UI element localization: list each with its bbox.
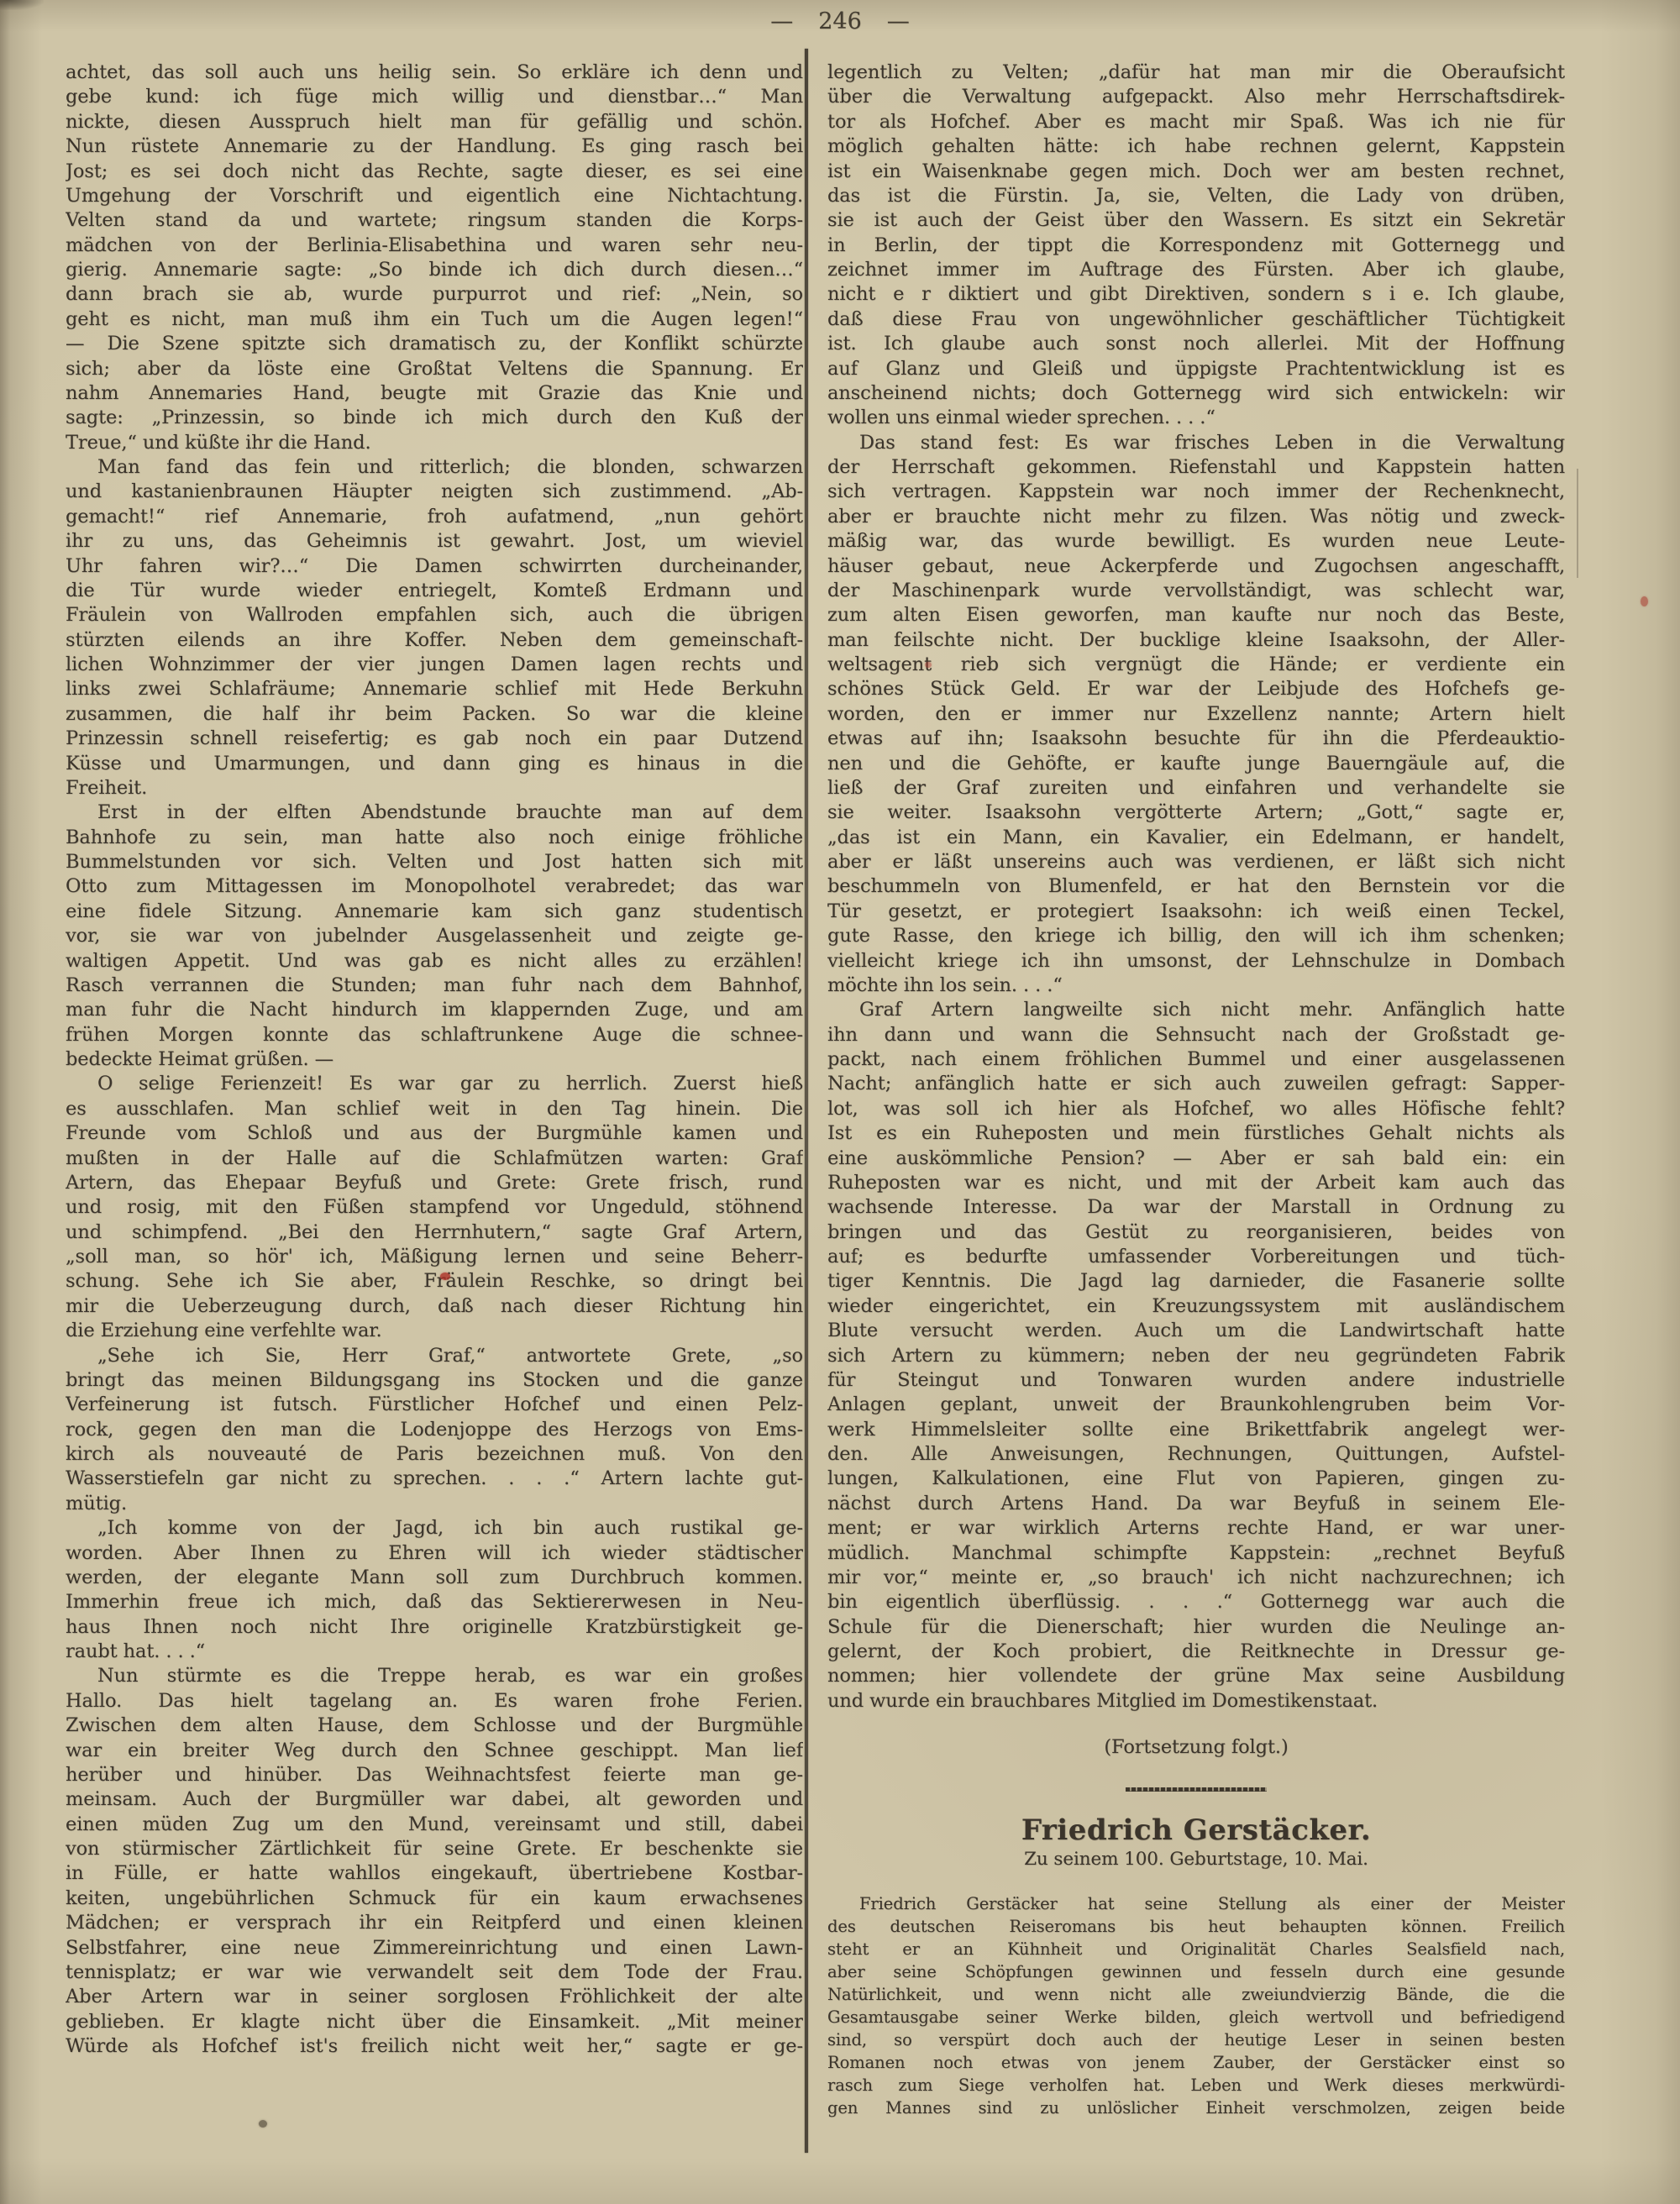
text-line: geht es nicht, man muß ihm ein Tuch um d… <box>66 307 803 332</box>
text-line: links zwei Schlafräume; Annemarie schlie… <box>66 677 803 701</box>
text-line: tennisplatz; er war wie verwandelt seit … <box>66 1960 803 1985</box>
text-line: zum alten Eisen geworfen, man kaufte nur… <box>827 603 1565 627</box>
text-line: Otto zum Mittagessen im Monopolhotel ver… <box>66 874 803 899</box>
text-line: gemacht!“ rief Annemarie, froh aufatmend… <box>66 505 803 529</box>
header-dash-right: — <box>887 8 910 34</box>
text-line: war ein breiter Weg durch den Schnee ges… <box>66 1739 803 1763</box>
text-line: Erst in der elften Abendstunde brauchte … <box>66 800 803 825</box>
text-line: meinsam. Auch der Burgmüller war dabei, … <box>66 1787 803 1812</box>
text-line: Verfeinerung ist futsch. Fürstlicher Hof… <box>66 1393 803 1417</box>
text-line: Bummelstunden vor sich. Velten und Jost … <box>66 850 803 874</box>
text-line: Nun rüstete Annemarie zu der Handlung. E… <box>66 134 803 159</box>
text-line: ihr zu uns, das Geheimnis ist gewahrt. J… <box>66 529 803 554</box>
continuation-note: (Fortsetzung folgt.) <box>827 1735 1565 1760</box>
text-line: bringt das meinen Bildungsgang ins Stock… <box>66 1368 803 1393</box>
text-line: achtet, das soll auch uns heilig sein. S… <box>66 60 803 85</box>
text-line: schung. Sehe ich Sie aber, Fräulein Resc… <box>66 1269 803 1294</box>
text-line: Artern, das Ehepaar Beyfuß und Grete: Gr… <box>66 1171 803 1195</box>
text-line: kirch als nouveauté de Paris bezeichnen … <box>66 1442 803 1467</box>
text-line: Umgehung der Vorschrift und eigentlich e… <box>66 184 803 208</box>
text-line: beschummeln von Blumenfeld, er hat den B… <box>827 874 1565 899</box>
text-line: rasch zum Siege verholfen hat. Leben und… <box>827 2074 1565 2096</box>
text-line: Natürlichkeit, und wenn nicht alle zweiu… <box>827 1983 1565 2006</box>
text-line: eine fidele Sitzung. Annemarie kam sich … <box>66 900 803 924</box>
text-line: geblieben. Er klagte nicht über die Eins… <box>66 2010 803 2034</box>
text-line: möchte ihn los sein. . . .“ <box>827 973 1565 998</box>
text-line: wachsende Interesse. Da war der Marstall… <box>827 1195 1565 1220</box>
text-line: der Maschinenpark wurde vervollständigt,… <box>827 579 1565 603</box>
text-line: bedeckte Heimat grüßen. — <box>66 1047 803 1072</box>
print-bleed-mark <box>1577 469 1578 578</box>
text-line: die Erziehung eine verfehlte war. <box>66 1319 803 1343</box>
text-line: und wurde ein brauchbares Mitglied im Do… <box>827 1689 1565 1713</box>
text-line: gen Mannes sind zu unlöslicher Einheit v… <box>827 2096 1565 2119</box>
text-line: sich; aber da löste eine Großtat Veltens… <box>66 357 803 381</box>
text-line: sich vertragen. Kappstein war noch immer… <box>827 480 1565 504</box>
text-line: Gesamtausgabe seiner Werke bilden, gleic… <box>827 2006 1565 2028</box>
text-line: wieder eingerichtet, ein Kreuzungssystem… <box>827 1294 1565 1319</box>
text-line: werk Himmelsleiter sollte eine Brikettfa… <box>827 1418 1565 1442</box>
text-line: ist. Ich glaube auch sonst noch allerlei… <box>827 332 1565 356</box>
text-line: Fräulein von Wallroden empfahlen sich, a… <box>66 603 803 627</box>
text-line: lichen Wohnzimmer der vier jungen Damen … <box>66 653 803 677</box>
text-line: „soll man, so hör' ich, Mäßigung lernen … <box>66 1245 803 1269</box>
text-line: sind, so verspürt doch auch der heutige … <box>827 2028 1565 2051</box>
scanned-page: — 246 — achtet, das soll auch uns heilig… <box>0 0 1680 2204</box>
text-line: Zwischen dem alten Hause, dem Schlosse u… <box>66 1713 803 1738</box>
section-divider-ornament <box>1126 1787 1267 1792</box>
text-line: möglich gehalten hätte: ich habe rechnen… <box>827 134 1565 159</box>
text-line: den. Alle Anweisungen, Rechnungen, Quitt… <box>827 1442 1565 1467</box>
text-line: dann brach sie ab, wurde purpurrot und r… <box>66 282 803 307</box>
article-subtitle: Zu seinem 100. Geburtstage, 10. Mai. <box>827 1849 1565 1871</box>
text-line: anscheinend nichts; doch Gotternegg wird… <box>827 381 1565 406</box>
text-line: weltsagent rieb sich vergnügt die Hände;… <box>827 653 1565 677</box>
text-line: Jost; es sei doch nicht das Rechte, sagt… <box>66 160 803 184</box>
text-line: daß diese Frau von ungewöhnlicher geschä… <box>827 307 1565 332</box>
red-ink-stain <box>1641 596 1648 606</box>
text-line: und schimpfend. „Bei den Herrnhutern,“ s… <box>66 1220 803 1245</box>
text-line: Man fand das fein und ritterlich; die bl… <box>66 455 803 480</box>
text-line: zusammen, die half ihr beim Packen. So w… <box>66 702 803 727</box>
text-line: der Herrschaft gekommen. Riefenstahl und… <box>827 455 1565 480</box>
text-line: und rosig, mit den Füßen stampfend vor U… <box>66 1195 803 1220</box>
text-line: ist ein Waisenknabe gegen mich. Doch wer… <box>827 160 1565 184</box>
text-line: bringen und das Gestüt zu reorganisieren… <box>827 1220 1565 1245</box>
text-line: Friedrich Gerstäcker hat seine Stellung … <box>827 1892 1565 1915</box>
page-number: 246 <box>818 8 862 34</box>
text-line: legentlich zu Velten; „dafür hat man mir… <box>827 60 1565 85</box>
text-line: Blute versucht werden. Auch um die Landw… <box>827 1319 1565 1343</box>
text-line: wollen uns einmal wieder sprechen. . . .… <box>827 406 1565 430</box>
text-line: sie weiter. Isaaksohn vergötterte Artern… <box>827 800 1565 825</box>
text-line: O selige Ferienzeit! Es war gar zu herrl… <box>66 1072 803 1096</box>
text-line: mäßig war, das wurde bewilligt. Es wurde… <box>827 529 1565 554</box>
text-line: gierig. Annemarie sagte: „So binde ich d… <box>66 258 803 282</box>
text-line: „das ist ein Mann, ein Kavalier, ein Ede… <box>827 826 1565 850</box>
text-line: packt, nach einem fröhlichen Bummel und … <box>827 1047 1565 1072</box>
right-text-column: legentlich zu Velten; „dafür hat man mir… <box>827 60 1565 2119</box>
text-line: häuser gebaut, neue Ackerpferde und Zugo… <box>827 554 1565 579</box>
text-line: nahm Annemaries Hand, beugte mit Grazie … <box>66 381 803 406</box>
text-line: aber er läßt unsereins auch was verdiene… <box>827 850 1565 874</box>
text-line: gebe kund: ich füge mich willig und dien… <box>66 85 803 109</box>
text-line: mädchen von der Berlinia-Elisabethina un… <box>66 234 803 258</box>
text-line: mir vor,“ meinte er, „so brauch' ich nic… <box>827 1566 1565 1590</box>
text-line: aber er brauchte nicht mehr zu filzen. W… <box>827 505 1565 529</box>
text-line: Velten stand da und wartete; ringsum sta… <box>66 208 803 233</box>
text-line: lungen, Kalkulationen, eine Flut von Pap… <box>827 1467 1565 1491</box>
text-line: vielleicht kriege ich ihn umsonst, der L… <box>827 949 1565 973</box>
text-line: über die Verwaltung aufgepackt. Also meh… <box>827 85 1565 109</box>
text-line: waltigen Appetit. Und was gab es nicht a… <box>66 949 803 973</box>
text-line: Nacht; anfänglich hatte er sich auch zuw… <box>827 1072 1565 1096</box>
dark-paper-stain <box>259 2120 267 2128</box>
text-line: gelernt, der Koch probiert, die Reitknec… <box>827 1640 1565 1664</box>
text-line: steht er an Kühnheit und Originalität Ch… <box>827 1938 1565 1960</box>
text-line: ihn dann und wann die Sehnsucht nach der… <box>827 1023 1565 1047</box>
text-line: „Sehe ich Sie, Herr Graf,“ antwortete Gr… <box>66 1344 803 1368</box>
text-line: Küsse und Umarmungen, und dann ging es h… <box>66 752 803 776</box>
column-separator-rule <box>805 49 808 2153</box>
text-line: worden. Aber Ihnen zu Ehren will ich wie… <box>66 1541 803 1566</box>
text-line: nen und die Gehöfte, er kaufte junge Bau… <box>827 752 1565 776</box>
text-line: stürzten eilends an ihre Koffer. Neben d… <box>66 628 803 653</box>
text-line: Bahnhofe zu sein, man hatte also noch ei… <box>66 826 803 850</box>
text-line: Ruheposten war es nicht, und mit der Arb… <box>827 1171 1565 1195</box>
text-line: mütig. <box>66 1492 803 1516</box>
text-line: in Fülle, er hatte wahllos eingekauft, ü… <box>66 1861 803 1886</box>
text-line: für Steingut und Tonwaren wurden andere … <box>827 1368 1565 1393</box>
text-line: ment; er war wirklich Arterns rechte Han… <box>827 1516 1565 1540</box>
text-line: Romanen noch etwas von jenem Zauber, der… <box>827 2051 1565 2074</box>
text-line: lot, was soll ich hier als Hofchef, wo a… <box>827 1097 1565 1121</box>
text-line: sich Artern zu kümmern; neben der neu ge… <box>827 1344 1565 1368</box>
text-line: und kastanienbraunen Häupter neigten sic… <box>66 480 803 504</box>
text-line: Ist es ein Ruheposten und mein fürstlich… <box>827 1121 1565 1146</box>
text-line: frühen Morgen konnte das schlaftrunkene … <box>66 1023 803 1047</box>
text-line: Rasch verrannen die Stunden; man fuhr na… <box>66 973 803 998</box>
red-ink-stain <box>440 1273 450 1280</box>
text-line: Treue,“ und küßte ihr die Hand. <box>66 431 803 455</box>
text-line: Graf Artern langweilte sich nicht mehr. … <box>827 998 1565 1022</box>
text-line: mußten in der Halle auf die Schlafmützen… <box>66 1147 803 1171</box>
text-line: auf Glanz und Gleiß und üppigste Prachte… <box>827 357 1565 381</box>
text-line: sagte: „Prinzessin, so binde ich mich du… <box>66 406 803 430</box>
text-line: rock, gegen den man die Lodenjoppe des H… <box>66 1418 803 1442</box>
article-body-text: Friedrich Gerstäcker hat seine Stellung … <box>827 1892 1565 2120</box>
text-line: Uhr fahren wir?…“ Die Damen schwirrten d… <box>66 554 803 579</box>
text-line: worden, den er immer nur Exzellenz nannt… <box>827 702 1565 727</box>
text-line: eine auskömmliche Pension? — Aber er sah… <box>827 1147 1565 1171</box>
text-line: ließ der Graf zureiten und einfahren und… <box>827 776 1565 800</box>
text-line: in Berlin, der tippt die Korrespondenz m… <box>827 234 1565 258</box>
text-line: Schule für die Dienerschaft; hier wurden… <box>827 1615 1565 1640</box>
text-line: Das stand fest: Es war frisches Leben in… <box>827 431 1565 455</box>
text-line: Immerhin freue ich mich, daß das Sektier… <box>66 1590 803 1614</box>
text-line: es ausschlafen. Man schlief weit in den … <box>66 1097 803 1121</box>
text-line: vor, sie war von jubelnder Ausgelassenhe… <box>66 924 803 948</box>
text-line: sie ist auch der Geist über den Wassern.… <box>827 208 1565 233</box>
text-line: bin eigentlich überflüssig. . . .“ Gotte… <box>827 1590 1565 1614</box>
text-line: herüber und hinüber. Das Weihnachtsfest … <box>66 1763 803 1787</box>
text-line: Nun stürmte es die Treppe herab, es war … <box>66 1664 803 1688</box>
text-line: tor als Hofchef. Aber es macht mir Spaß.… <box>827 110 1565 134</box>
text-line: Würde als Hofchef ist's freilich nicht w… <box>66 2034 803 2059</box>
text-line: Prinzessin schnell reisefertig; es gab n… <box>66 727 803 751</box>
text-line: Freunde vom Schloß und aus der Burgmühle… <box>66 1121 803 1146</box>
text-line: nicht e r diktiert und gibt Direktiven, … <box>827 282 1565 307</box>
text-line: Tür gesetzt, er protegiert Isaaksohn: ic… <box>827 900 1565 924</box>
text-line: aber seine Schöpfungen gewinnen und fess… <box>827 1960 1565 1983</box>
text-line: des deutschen Reiseromans bis heut behau… <box>827 1915 1565 1938</box>
text-line: Wasserstiefeln gar nicht zu sprechen. . … <box>66 1467 803 1491</box>
text-line: man fuhr die Nacht hindurch im klappernd… <box>66 998 803 1022</box>
text-line: raubt hat. . . .“ <box>66 1640 803 1664</box>
text-line: müdlich. Manchmal schimpfte Kappstein: „… <box>827 1541 1565 1566</box>
text-line: die Tür wurde wieder entriegelt, Komteß … <box>66 579 803 603</box>
text-line: nächst durch Artens Hand. Da war Beyfuß … <box>827 1492 1565 1516</box>
text-line: werden, der elegante Mann soll zum Durch… <box>66 1566 803 1590</box>
text-line: Selbstfahrer, eine neue Zimmereinrichtun… <box>66 1936 803 1960</box>
text-line: zeichnet immer im Auftrage des Fürsten. … <box>827 258 1565 282</box>
text-line: das ist die Fürstin. Ja, sie, Velten, di… <box>827 184 1565 208</box>
text-line: nommen; hier vollendete der grüne Max se… <box>827 1664 1565 1688</box>
text-line: etwas auf ihn; Isaaksohn besuchte für ih… <box>827 727 1565 751</box>
text-line: „Ich komme von der Jagd, ich bin auch ru… <box>66 1516 803 1540</box>
text-line: Freiheit. <box>66 776 803 800</box>
text-line: auf; es bedurfte umfassender Vorbereitun… <box>827 1245 1565 1269</box>
text-line: keiten, ungebührlichen Schmuck für ein k… <box>66 1887 803 1911</box>
text-line: tiger Kenntnis. Die Jagd lag darnieder, … <box>827 1269 1565 1294</box>
article-title: Friedrich Gerstäcker. <box>827 1813 1565 1847</box>
text-line: Mädchen; er versprach ihr ein Reitpferd … <box>66 1911 803 1935</box>
text-line: einen müden Zug um den Mund, vereinsamt … <box>66 1813 803 1837</box>
text-line: von stürmischer Zärtlichkeit für seine G… <box>66 1837 803 1861</box>
text-line: mir die Ueberzeugung durch, daß nach die… <box>66 1294 803 1319</box>
text-line: — Die Szene spitzte sich dramatisch zu, … <box>66 332 803 356</box>
red-ink-stain <box>925 662 932 668</box>
text-line: schönes Stück Geld. Er war der Leibjude … <box>827 677 1565 701</box>
text-line: gute Rasse, den kriege ich billig, den w… <box>827 924 1565 948</box>
text-line: man feilschte nicht. Der bucklige kleine… <box>827 628 1565 653</box>
text-line: Aber Artern war in seiner sorglosen Fröh… <box>66 1985 803 2009</box>
text-line: Hallo. Das hielt tagelang an. Es waren f… <box>66 1689 803 1713</box>
header-dash-left: — <box>770 8 793 34</box>
novel-continuation-text: legentlich zu Velten; „dafür hat man mir… <box>827 60 1565 1713</box>
page-header: — 246 — <box>0 8 1680 34</box>
left-text-column: achtet, das soll auch uns heilig sein. S… <box>66 60 803 2059</box>
text-line: Anlagen geplant, unweit der Braunkohleng… <box>827 1393 1565 1417</box>
text-line: nickte, diesen Ausspruch hielt man für g… <box>66 110 803 134</box>
text-line: haus Ihnen noch nicht Ihre originelle Kr… <box>66 1615 803 1640</box>
